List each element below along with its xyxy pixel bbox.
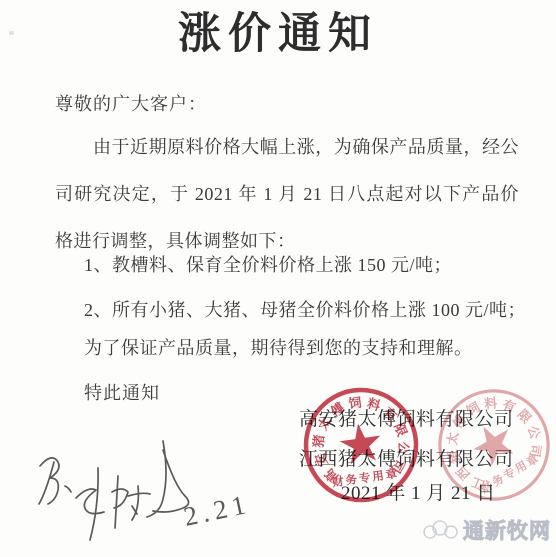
signature-stroke [132, 486, 138, 520]
issue-date: 2021 年 1 月 21 日 [341, 478, 496, 505]
svg-text:公: 公 [525, 424, 542, 441]
watermark-logo-icon [422, 517, 462, 543]
site-watermark: 通新牧网 [422, 515, 551, 545]
company-name-2: 江西猪太傅饲料有限公司 [299, 444, 514, 471]
handwritten-signature: 2.21 [28, 410, 263, 548]
final-notice: 特此通知 [84, 379, 160, 405]
signature-stroke [115, 476, 118, 528]
signature-stroke [90, 468, 98, 540]
handwritten-date: 2.21 [181, 489, 253, 532]
signature-stroke [65, 486, 71, 492]
svg-text:限: 限 [515, 407, 534, 426]
closing-line: 为了保证产品质量，期待得到您的支持和理解。 [84, 334, 473, 360]
signature-stroke [39, 462, 54, 504]
greeting-line: 尊敬的广大客户： [55, 90, 207, 116]
signature-stroke [112, 489, 128, 508]
document-title: 涨价通知 [0, 0, 556, 61]
document-page: 涨价通知 尊敬的广大客户： 由于近期原料价格大幅上涨，为确保产品质量，经公司研究… [0, 0, 556, 557]
company-name-1: 高安猪太傅饲料有限公司 [299, 404, 514, 431]
watermark-text: 通新牧网 [463, 515, 551, 545]
body-paragraph: 由于近期原料价格大幅上涨，为确保产品质量，经公司研究决定，于 2021 年 1 … [55, 124, 519, 265]
signature-stroke [76, 489, 104, 514]
price-item-2: 2、所有小猪、大猪、母猪全价料价格上涨 100 元/吨； [84, 296, 526, 322]
price-item-1: 1、教槽料、保育全价料价格上涨 150 元/吨； [84, 251, 452, 277]
